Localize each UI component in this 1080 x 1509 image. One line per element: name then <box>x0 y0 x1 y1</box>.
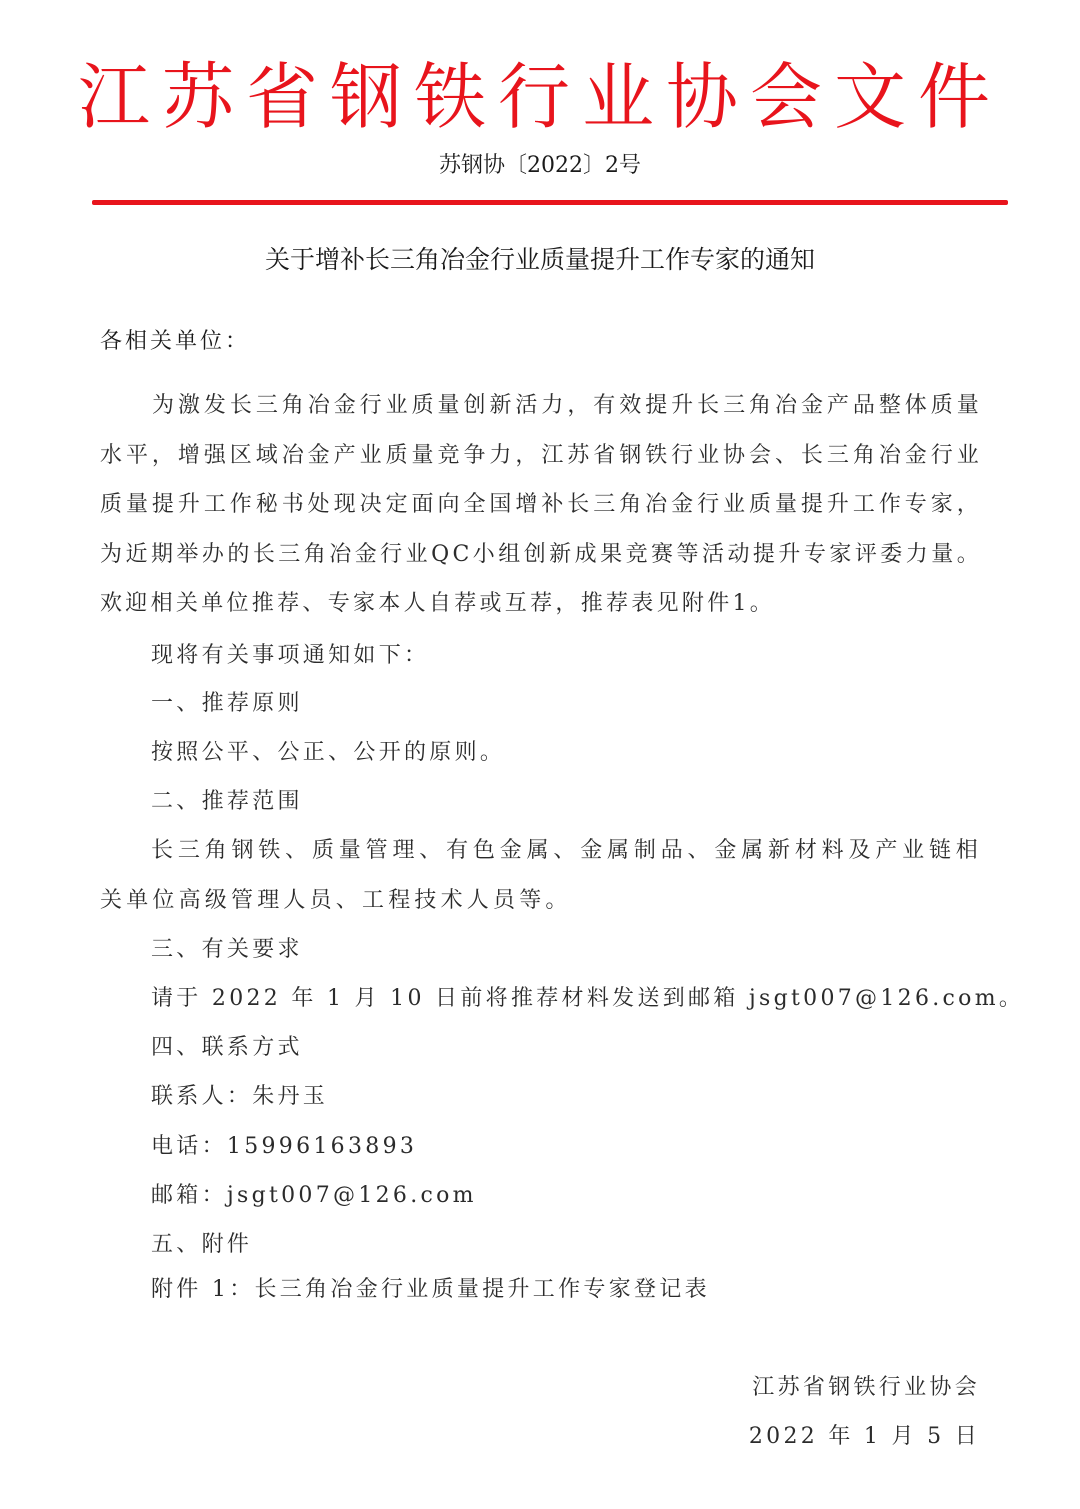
section-heading-attachments: 五、附件 <box>151 1225 252 1265</box>
section-heading-requirements: 三、有关要求 <box>151 930 303 970</box>
section-content-requirements: 请于 2022 年 1 月 10 日前将推荐材料发送到邮箱 jsgt007@12… <box>151 979 1024 1019</box>
document-header-title: 江苏省钢铁行业协会文件 <box>0 52 1080 142</box>
attachment-item: 附件 1：长三角冶金行业质量提升工作专家登记表 <box>151 1270 710 1310</box>
contact-phone: 电话：15996163893 <box>151 1127 417 1167</box>
contact-person: 联系人：朱丹玉 <box>151 1077 328 1117</box>
section-heading-contact: 四、联系方式 <box>151 1028 303 1068</box>
signature-organization: 江苏省钢铁行业协会 <box>752 1368 980 1408</box>
intro-paragraph: 为激发长三角冶金行业质量创新活力，有效提升长三角冶金产品整体质量水平，增强区域冶… <box>100 381 982 629</box>
lead-in: 现将有关事项通知如下： <box>151 636 429 676</box>
notice-title: 关于增补长三角冶金行业质量提升工作专家的通知 <box>0 240 1080 280</box>
section-heading-scope: 二、推荐范围 <box>151 782 303 822</box>
salutation: 各相关单位： <box>100 322 250 362</box>
signature-date: 2022 年 1 月 5 日 <box>749 1417 980 1457</box>
section-heading-principles: 一、推荐原则 <box>151 684 303 724</box>
section-content-scope: 长三角钢铁、质量管理、有色金属、金属制品、金属新材料及产业链相关单位高级管理人员… <box>100 826 982 925</box>
contact-email: 邮箱：jsgt007@126.com <box>151 1176 477 1216</box>
header-divider <box>92 200 1008 205</box>
section-content-principles: 按照公平、公正、公开的原则。 <box>151 733 505 773</box>
document-number: 苏钢协〔2022〕2号 <box>0 148 1080 184</box>
